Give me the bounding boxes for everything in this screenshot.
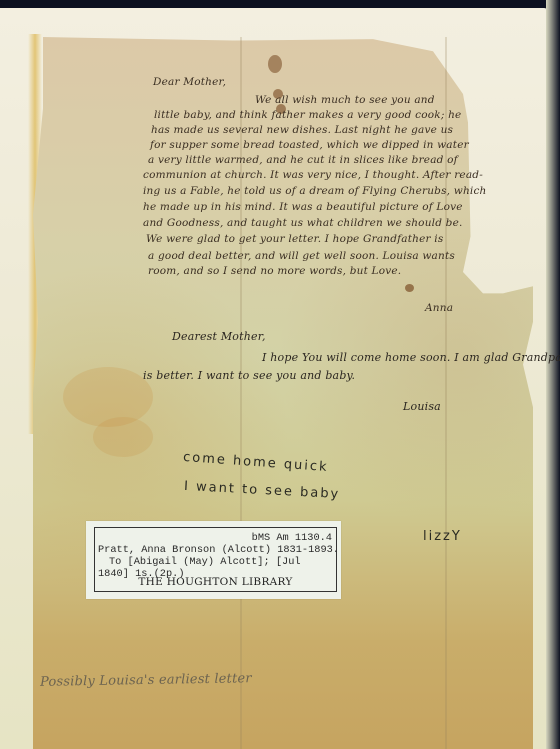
ink-stain [268, 55, 282, 73]
anna-line: he made up in his mind. It was a beautif… [143, 201, 463, 213]
call-number: bMS Am 1130.4 [252, 532, 332, 544]
anna-line: and Goodness, and taught us what childre… [143, 217, 463, 229]
lizzy-signature: lizzY [423, 529, 462, 544]
anna-line: communion at church. It was very nice, I… [143, 169, 483, 181]
catalog-label-border: bMS Am 1130.4 Pratt, Anna Bronson (Alcot… [94, 527, 337, 592]
catalog-recipient-line: To [Abigail (May) Alcott]; [Jul [109, 556, 301, 568]
anna-line: We all wish much to see you and [255, 94, 435, 106]
louisa-signature: Louisa [403, 400, 441, 413]
catalog-label: bMS Am 1130.4 Pratt, Anna Bronson (Alcot… [86, 521, 341, 599]
water-stain [93, 417, 153, 457]
anna-line: We were glad to get your letter. I hope … [146, 233, 443, 245]
water-stain [63, 367, 153, 427]
library-name: THE HOUGHTON LIBRARY [95, 576, 336, 588]
catalog-author-line: Pratt, Anna Bronson (Alcott) 1831-1893. [98, 544, 339, 556]
anna-line: a good deal better, and will get well so… [148, 250, 455, 262]
anna-line: a very little warmed, and he cut it in s… [148, 154, 458, 166]
anna-signature: Anna [425, 302, 453, 314]
anna-salutation: Dear Mother, [153, 76, 226, 88]
anna-line: little baby, and think father makes a ve… [154, 109, 461, 121]
backing-edge-shadow [546, 0, 560, 749]
anna-line: has made us several new dishes. Last nig… [151, 124, 453, 136]
louisa-line: is better. I want to see you and baby. [143, 369, 355, 382]
ink-stain [405, 284, 414, 292]
anna-line: for supper some bread toasted, which we … [150, 139, 469, 151]
louisa-salutation: Dearest Mother, [172, 330, 266, 343]
anna-line: room, and so I send no more words, but L… [148, 265, 401, 277]
anna-line: ing us a Fable, he told us of a dream of… [143, 185, 487, 197]
louisa-line: I hope You will come home soon. I am gla… [262, 351, 560, 364]
